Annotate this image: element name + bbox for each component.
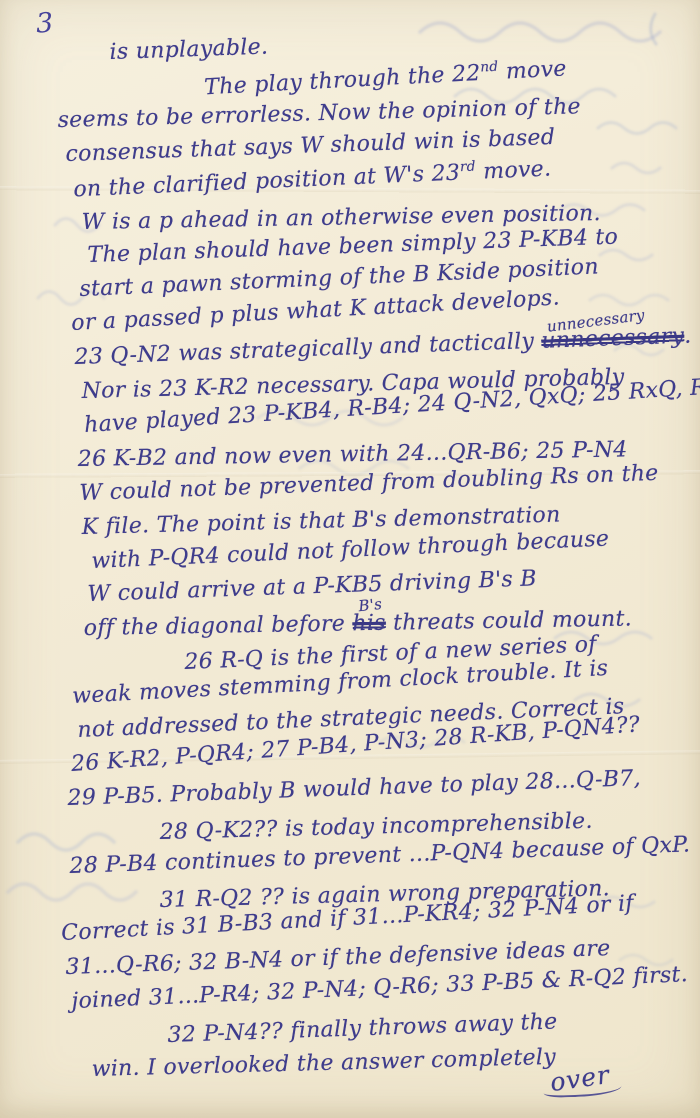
manuscript-line: is unplayable. bbox=[109, 34, 269, 65]
corrected-word: hisB's bbox=[352, 611, 386, 637]
manuscript-line: The play through the 22nd move bbox=[204, 55, 568, 100]
inserted-correction: B's bbox=[357, 595, 383, 615]
scanned-letter-page: 3 is unplayable.The play through the 22n… bbox=[0, 0, 700, 1118]
manuscript-line: 29 P-B5. Probably B would have to play 2… bbox=[67, 766, 641, 811]
superscript-ordinal: rd bbox=[460, 158, 477, 175]
manuscript-line: 32 P-N4?? finally throws away the bbox=[167, 1009, 558, 1048]
manuscript-line: win. I overlooked the answer completely bbox=[91, 1045, 556, 1082]
struck-word: his bbox=[352, 611, 386, 637]
page-number: 3 bbox=[35, 7, 54, 39]
manuscript-content: 3 is unplayable.The play through the 22n… bbox=[0, 0, 700, 1118]
manuscript-line: W could arrive at a P-KB5 driving B's B bbox=[87, 567, 537, 608]
superscript-ordinal: nd bbox=[480, 59, 499, 76]
over-signoff: over bbox=[548, 1060, 611, 1097]
corrected-word: unnecessaryunnecessary bbox=[541, 324, 685, 354]
